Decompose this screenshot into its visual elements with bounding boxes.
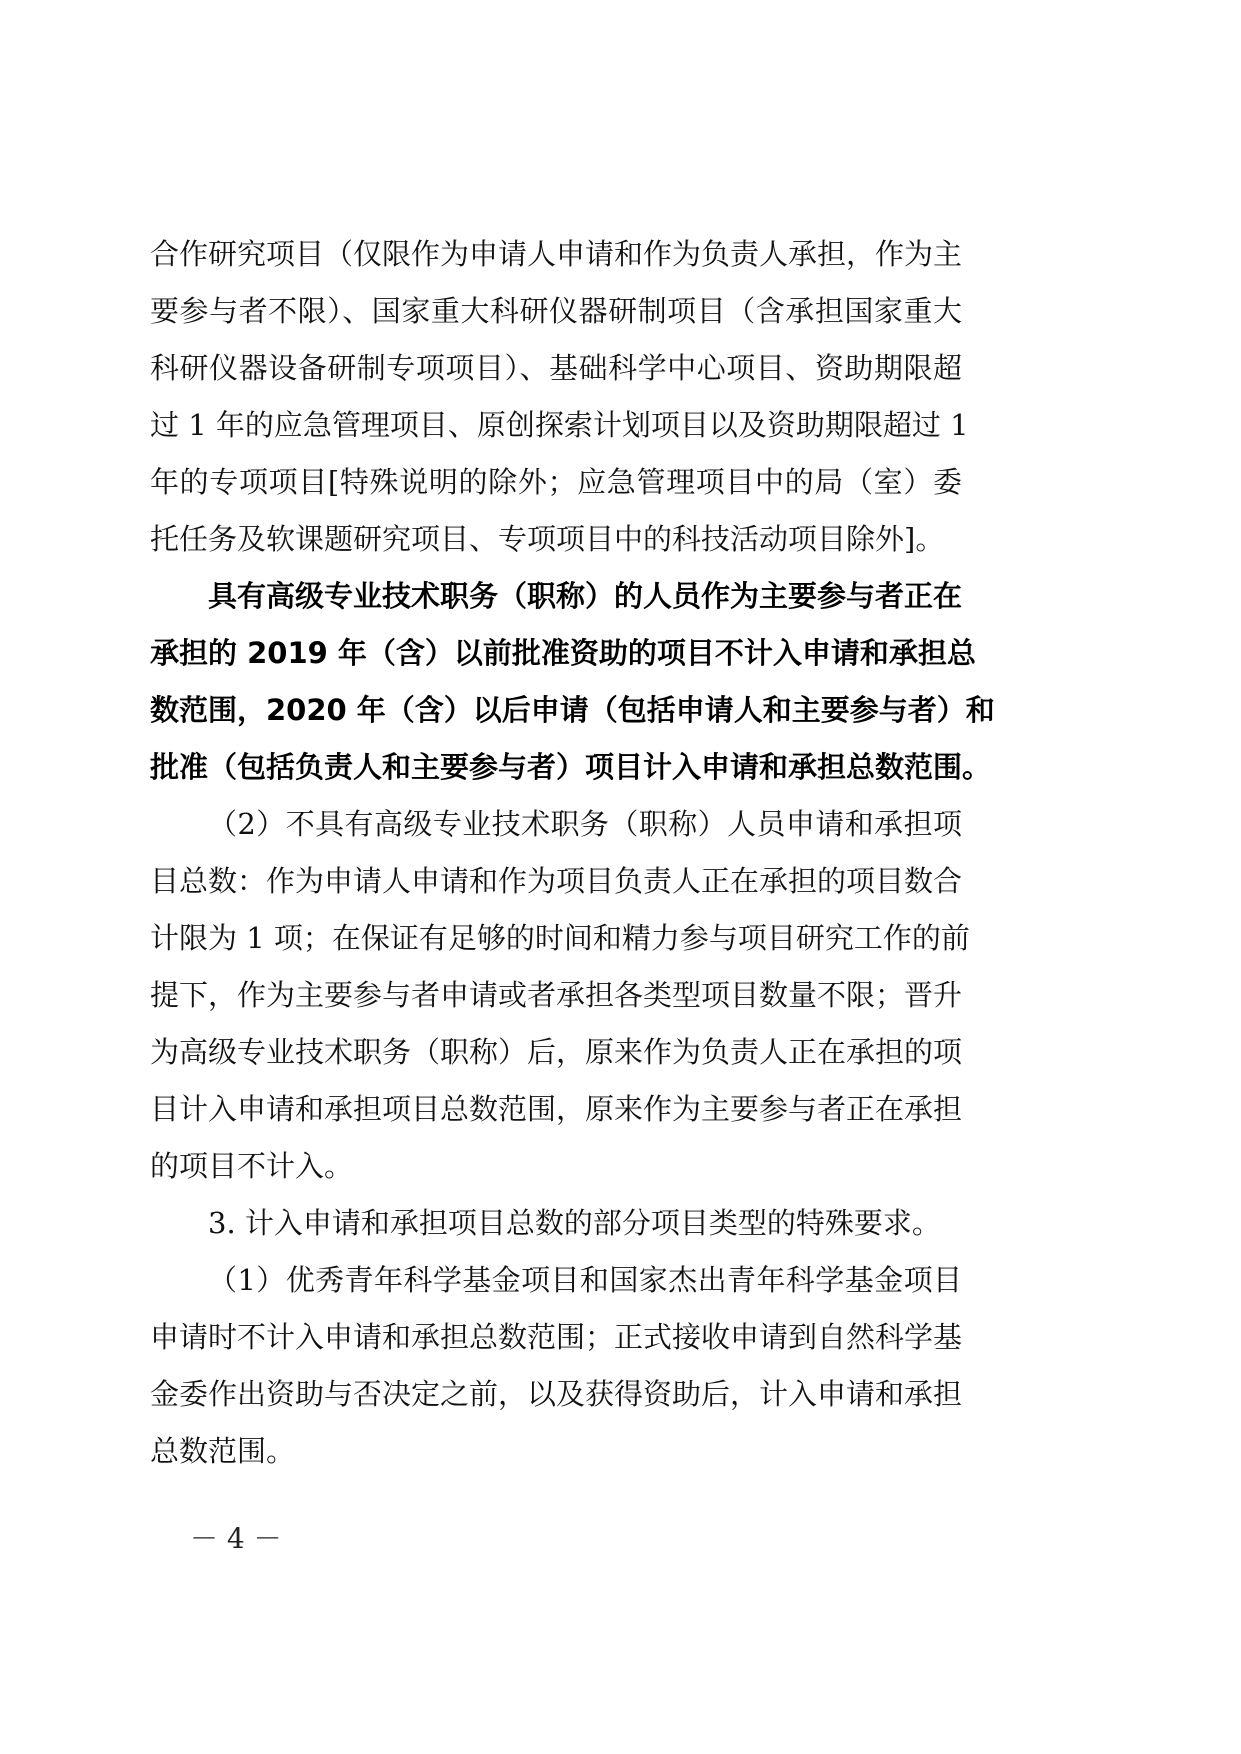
text-line: 申请时不计入申请和承担总数范围；正式接收申请到自然科学基 [150, 1315, 962, 1372]
text-line: 3. 计入申请和承担项目总数的部分项目类型的特殊要求。 [150, 1201, 962, 1258]
text-line: 目计入申请和承担项目总数范围，原来作为主要参与者正在承担 [150, 1087, 962, 1144]
text-line: （1）优秀青年科学基金项目和国家杰出青年科学基金项目 [150, 1258, 962, 1315]
text-line: 为高级专业技术职务（职称）后，原来作为负责人正在承担的项 [150, 1030, 962, 1087]
text-line: 合作研究项目（仅限作为申请人申请和作为负责人承担，作为主 [150, 232, 962, 289]
paragraph-item-1: （1）优秀青年科学基金项目和国家杰出青年科学基金项目 申请时不计入申请和承担总数… [150, 1258, 962, 1486]
section-heading-3: 3. 计入申请和承担项目总数的部分项目类型的特殊要求。 [150, 1201, 962, 1258]
text-line: 过 1 年的应急管理项目、原创探索计划项目以及资助期限超过 1 [150, 403, 962, 460]
text-line: 计限为 1 项；在保证有足够的时间和精力参与项目研究工作的前 [150, 916, 962, 973]
text-line: 具有高级专业技术职务（职称）的人员作为主要参与者正在 [150, 574, 962, 631]
document-body: 合作研究项目（仅限作为申请人申请和作为负责人承担，作为主 要参与者不限）、国家重… [150, 232, 962, 1486]
text-line: 科研仪器设备研制专项项目）、基础科学中心项目、资助期限超 [150, 346, 962, 403]
text-line: 金委作出资助与否决定之前，以及获得资助后，计入申请和承担 [150, 1372, 962, 1429]
text-line: 年的专项项目[特殊说明的除外；应急管理项目中的局（室）委 [150, 460, 962, 517]
text-line: 托任务及软课题研究项目、专项项目中的科技活动项目除外]。 [150, 517, 962, 574]
page-number: － 4 － [190, 1522, 282, 1556]
text-line: 数范围，2020 年（含）以后申请（包括申请人和主要参与者）和 [150, 688, 962, 745]
text-line: 总数范围。 [150, 1429, 962, 1486]
text-line: 的项目不计入。 [150, 1144, 962, 1201]
text-line: （2）不具有高级专业技术职务（职称）人员申请和承担项 [150, 802, 962, 859]
paragraph-bold-senior-title-rule: 具有高级专业技术职务（职称）的人员作为主要参与者正在 承担的 2019 年（含）… [150, 574, 962, 802]
text-line: 要参与者不限）、国家重大科研仪器研制项目（含承担国家重大 [150, 289, 962, 346]
paragraph-continuation: 合作研究项目（仅限作为申请人申请和作为负责人承担，作为主 要参与者不限）、国家重… [150, 232, 962, 574]
text-line: 批准（包括负责人和主要参与者）项目计入申请和承担总数范围。 [150, 745, 962, 802]
text-line: 目总数：作为申请人申请和作为项目负责人正在承担的项目数合 [150, 859, 962, 916]
paragraph-item-2: （2）不具有高级专业技术职务（职称）人员申请和承担项 目总数：作为申请人申请和作… [150, 802, 962, 1201]
text-line: 承担的 2019 年（含）以前批准资助的项目不计入申请和承担总 [150, 631, 962, 688]
text-line: 提下，作为主要参与者申请或者承担各类型项目数量不限；晋升 [150, 973, 962, 1030]
